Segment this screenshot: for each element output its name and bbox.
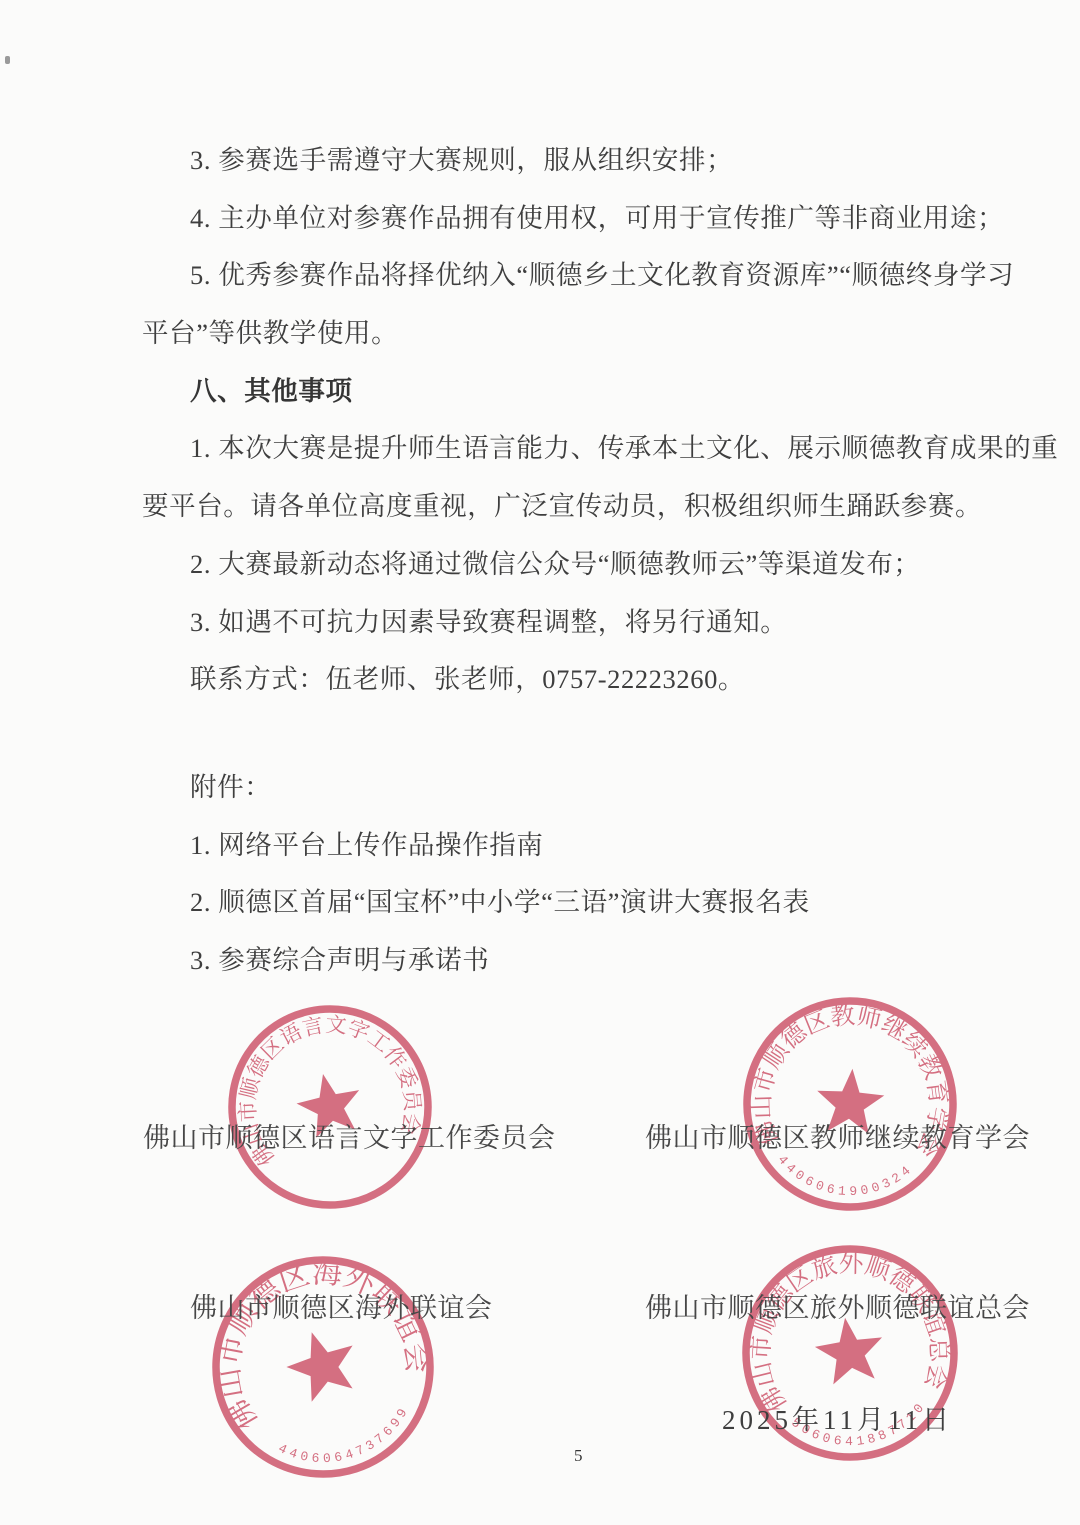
body-line: 5. 优秀参赛作品将择优纳入“顺德乡土文化教育资源库”“顺德终身学习 (142, 247, 1042, 305)
official-seal-teacher-continuing-education: 佛山市顺德区教师继续教育学会4406061900324 (723, 977, 977, 1231)
body-line: 要平台。请各单位高度重视，广泛宣传动员，积极组织师生踊跃参赛。 (142, 478, 1042, 536)
body-line: 4. 主办单位对参赛作品拥有使用权，可用于宣传推广等非商业用途； (142, 190, 1042, 248)
body-line: 平台”等供教学使用。 (142, 305, 1042, 363)
official-seal-expat-shunde-friendship: 佛山市顺德区旅外顺德联谊总会5060641887710 (714, 1217, 985, 1488)
seal-caption-teacher-continuing-education: 佛山市顺德区教师继续教育学会 (645, 1116, 1030, 1155)
official-seal-overseas-friendship: 佛山市顺德区海外联谊会4406064737699 (168, 1212, 478, 1522)
body-line: 2. 顺德区首届“国宝杯”中小学“三语”演讲大赛报名表 (142, 874, 1042, 932)
body-line: 3. 参赛综合声明与承诺书 (142, 932, 1042, 990)
body-line: 1. 网络平台上传作品操作指南 (142, 817, 1042, 875)
section-heading: 八、其他事项 (142, 363, 1042, 421)
page-number: 5 (574, 1446, 583, 1466)
seal-caption-expat-shunde-friendship: 佛山市顺德区旅外顺德联谊总会 (645, 1286, 1030, 1325)
svg-text:佛山市顺德区海外联谊会: 佛山市顺德区海外联谊会 (183, 1228, 440, 1438)
svg-text:4406064737699: 4406064737699 (273, 1400, 422, 1484)
body-line: 3. 如遇不可抗力因素导致赛程调整，将另行通知。 (142, 594, 1042, 652)
official-seal-language-committee: 佛山市顺德区语言文字工作委员会 (195, 972, 465, 1242)
svg-text:佛山市顺德区旅外顺德联谊总会: 佛山市顺德区旅外顺德联谊总会 (733, 1236, 960, 1419)
document-page: 3. 参赛选手需遵守大赛规则，服从组织安排；4. 主办单位对参赛作品拥有使用权，… (0, 0, 1080, 1525)
seal-caption-language-committee: 佛山市顺德区语言文字工作委员会 (143, 1116, 556, 1155)
scan-speck (5, 56, 10, 64)
body-line: 附件： (142, 759, 1042, 817)
issue-date: 2025年11月11日 (722, 1398, 953, 1437)
body-line: 联系方式：伍老师、张老师，0757-22223260。 (142, 651, 1042, 709)
body-line: 3. 参赛选手需遵守大赛规则，服从组织安排； (142, 132, 1042, 190)
body-line: 1. 本次大赛是提升师生语言能力、传承本土文化、展示顺德教育成果的重 (142, 420, 1042, 478)
document-body: 3. 参赛选手需遵守大赛规则，服从组织安排；4. 主办单位对参赛作品拥有使用权，… (142, 132, 1042, 990)
seal-caption-overseas-friendship: 佛山市顺德区海外联谊会 (190, 1286, 493, 1325)
svg-text:4406061900324: 4406061900324 (772, 1152, 917, 1204)
body-line: 2. 大赛最新动态将通过微信公众号“顺德教师云”等渠道发布； (142, 536, 1042, 594)
